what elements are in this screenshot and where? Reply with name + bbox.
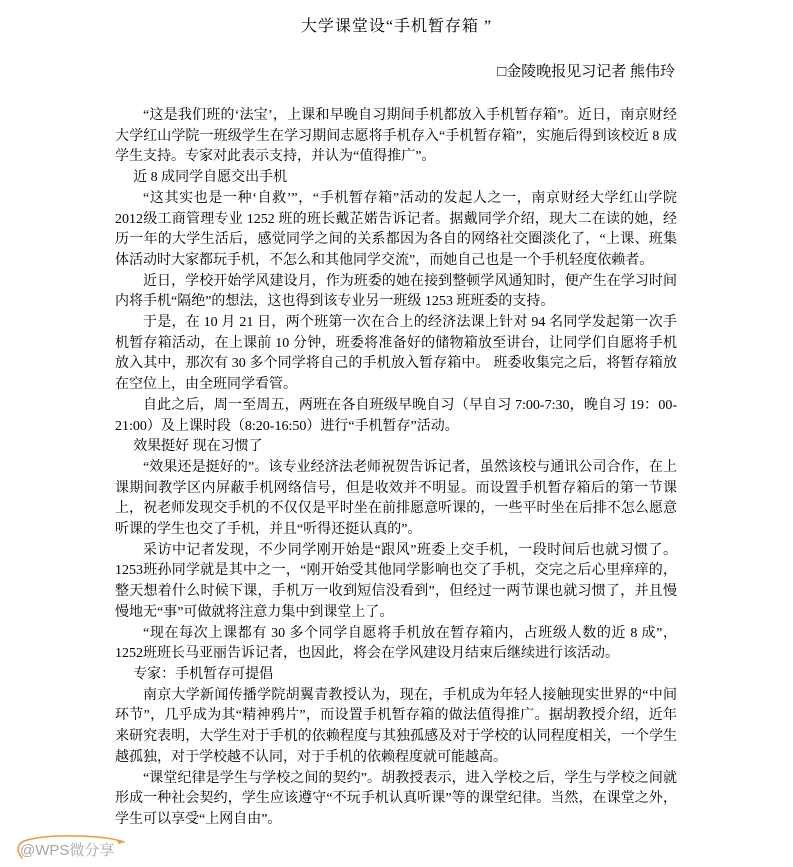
paragraph: 自此之后，周一至周五，两班在各自班级早晚自习（早自习 7:00-7:30，晚自习… [115, 396, 677, 437]
section-heading: 专家：手机暂存可提倡 [115, 665, 677, 686]
paragraph: 采访中记者发现，不少同学刚开始是“跟风”班委上交手机，一段时间后也就习惯了。12… [115, 541, 677, 624]
document-page: 大学课堂设“手机暂存箱 ” □金陵晚报见习记者 熊伟玲 “这是我们班的‘法宝’，… [0, 0, 793, 867]
page-title: 大学课堂设“手机暂存箱 ” [0, 0, 793, 38]
section-heading: 效果挺好 现在习惯了 [115, 437, 677, 458]
paragraph: “现在每次上课都有 30 多个同学自愿将手机放在暂存箱内，占班级人数的近 8 成… [115, 624, 677, 665]
wps-share-watermark: @WPS微分享 [20, 842, 114, 860]
paragraph: “这是我们班的‘法宝’，上课和早晚自习期间手机都放入手机暂存箱”。近日，南京财经… [115, 106, 677, 168]
section-heading: 近 8 成同学自愿交出手机 [115, 168, 677, 189]
paragraph: 于是，在 10 月 21 日，两个班第一次在合上的经济法课上针对 94 名同学发… [115, 313, 677, 396]
paragraph: 南京大学新闻传播学院胡翼青教授认为，现在，手机成为年轻人接触现实世界的“中间环节… [115, 686, 677, 769]
paragraph: 近日，学校开始学风建设月，作为班委的她在接到整顿学风通知时，便产生在学习时间内将… [115, 272, 677, 313]
paragraph: “效果还是挺好的”。该专业经济法老师祝贺告诉记者，虽然该校与通讯公司合作，在上课… [115, 458, 677, 541]
watermark-label: @WPS微分享 [20, 842, 114, 859]
article-body: “这是我们班的‘法宝’，上课和早晚自习期间手机都放入手机暂存箱”。近日，南京财经… [115, 106, 677, 831]
paragraph: “这其实也是一种‘自救’”，“手机暂存箱”活动的发起人之一，南京财经大学红山学院… [115, 189, 677, 272]
paragraph: “课堂纪律是学生与学校之间的契约”。胡教授表示，进入学校之后，学生与学校之间就形… [115, 769, 677, 831]
byline: □金陵晚报见习记者 熊伟玲 [0, 64, 793, 80]
